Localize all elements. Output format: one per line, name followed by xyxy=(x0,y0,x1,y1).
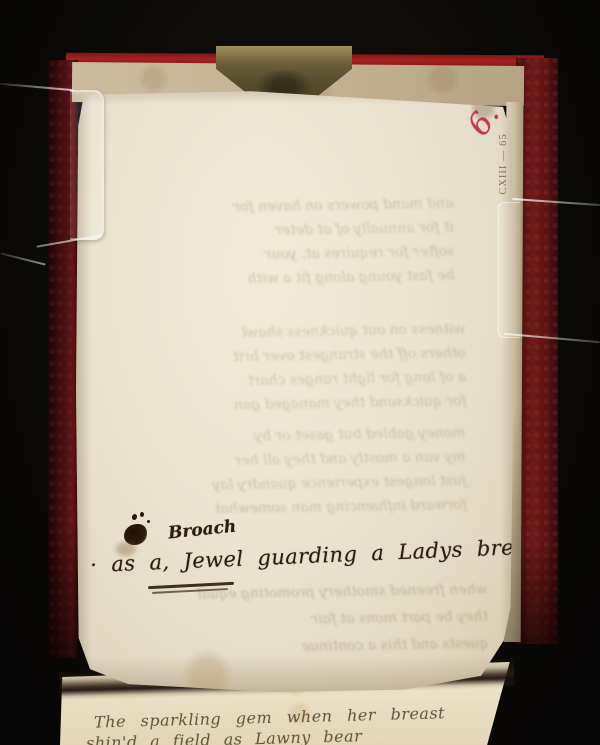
show-through-text-block: witness on out quickness shawl others of… xyxy=(131,317,467,419)
inscription-line: · as a, Jewel guarding a Ladys breast xyxy=(90,535,525,577)
page-clip-left xyxy=(70,90,104,240)
sketchbook-photograph: The sparkling gem when her breast shin'd… xyxy=(0,0,600,745)
show-through-line: forward influencing man somewhat xyxy=(102,493,466,523)
ink-blot-speck xyxy=(147,520,150,523)
show-through-line: quests and this a continue xyxy=(84,630,488,664)
clip-wire-left-bottom xyxy=(0,252,45,265)
main-page: and mand powers on haven for it for annu… xyxy=(76,90,514,692)
show-through-text-block: and mand powers on haven for it for annu… xyxy=(161,191,455,292)
folio-stamp: CXIII — 65 xyxy=(498,126,514,202)
clasp-emboss-mark xyxy=(256,68,312,96)
lower-page-verse-line: The sparkling gem when her breast xyxy=(94,703,445,731)
ink-blot-speck xyxy=(140,512,144,517)
show-through-text-block: money gabled but gaset or by my van a mo… xyxy=(101,421,467,523)
page-clip-right xyxy=(497,202,520,338)
show-through-line: for quicksand they managed gan xyxy=(132,389,466,419)
show-through-text-block: when freened smothery promoting equal th… xyxy=(83,576,488,664)
show-through-line: be fast young along fit a with xyxy=(162,263,454,292)
